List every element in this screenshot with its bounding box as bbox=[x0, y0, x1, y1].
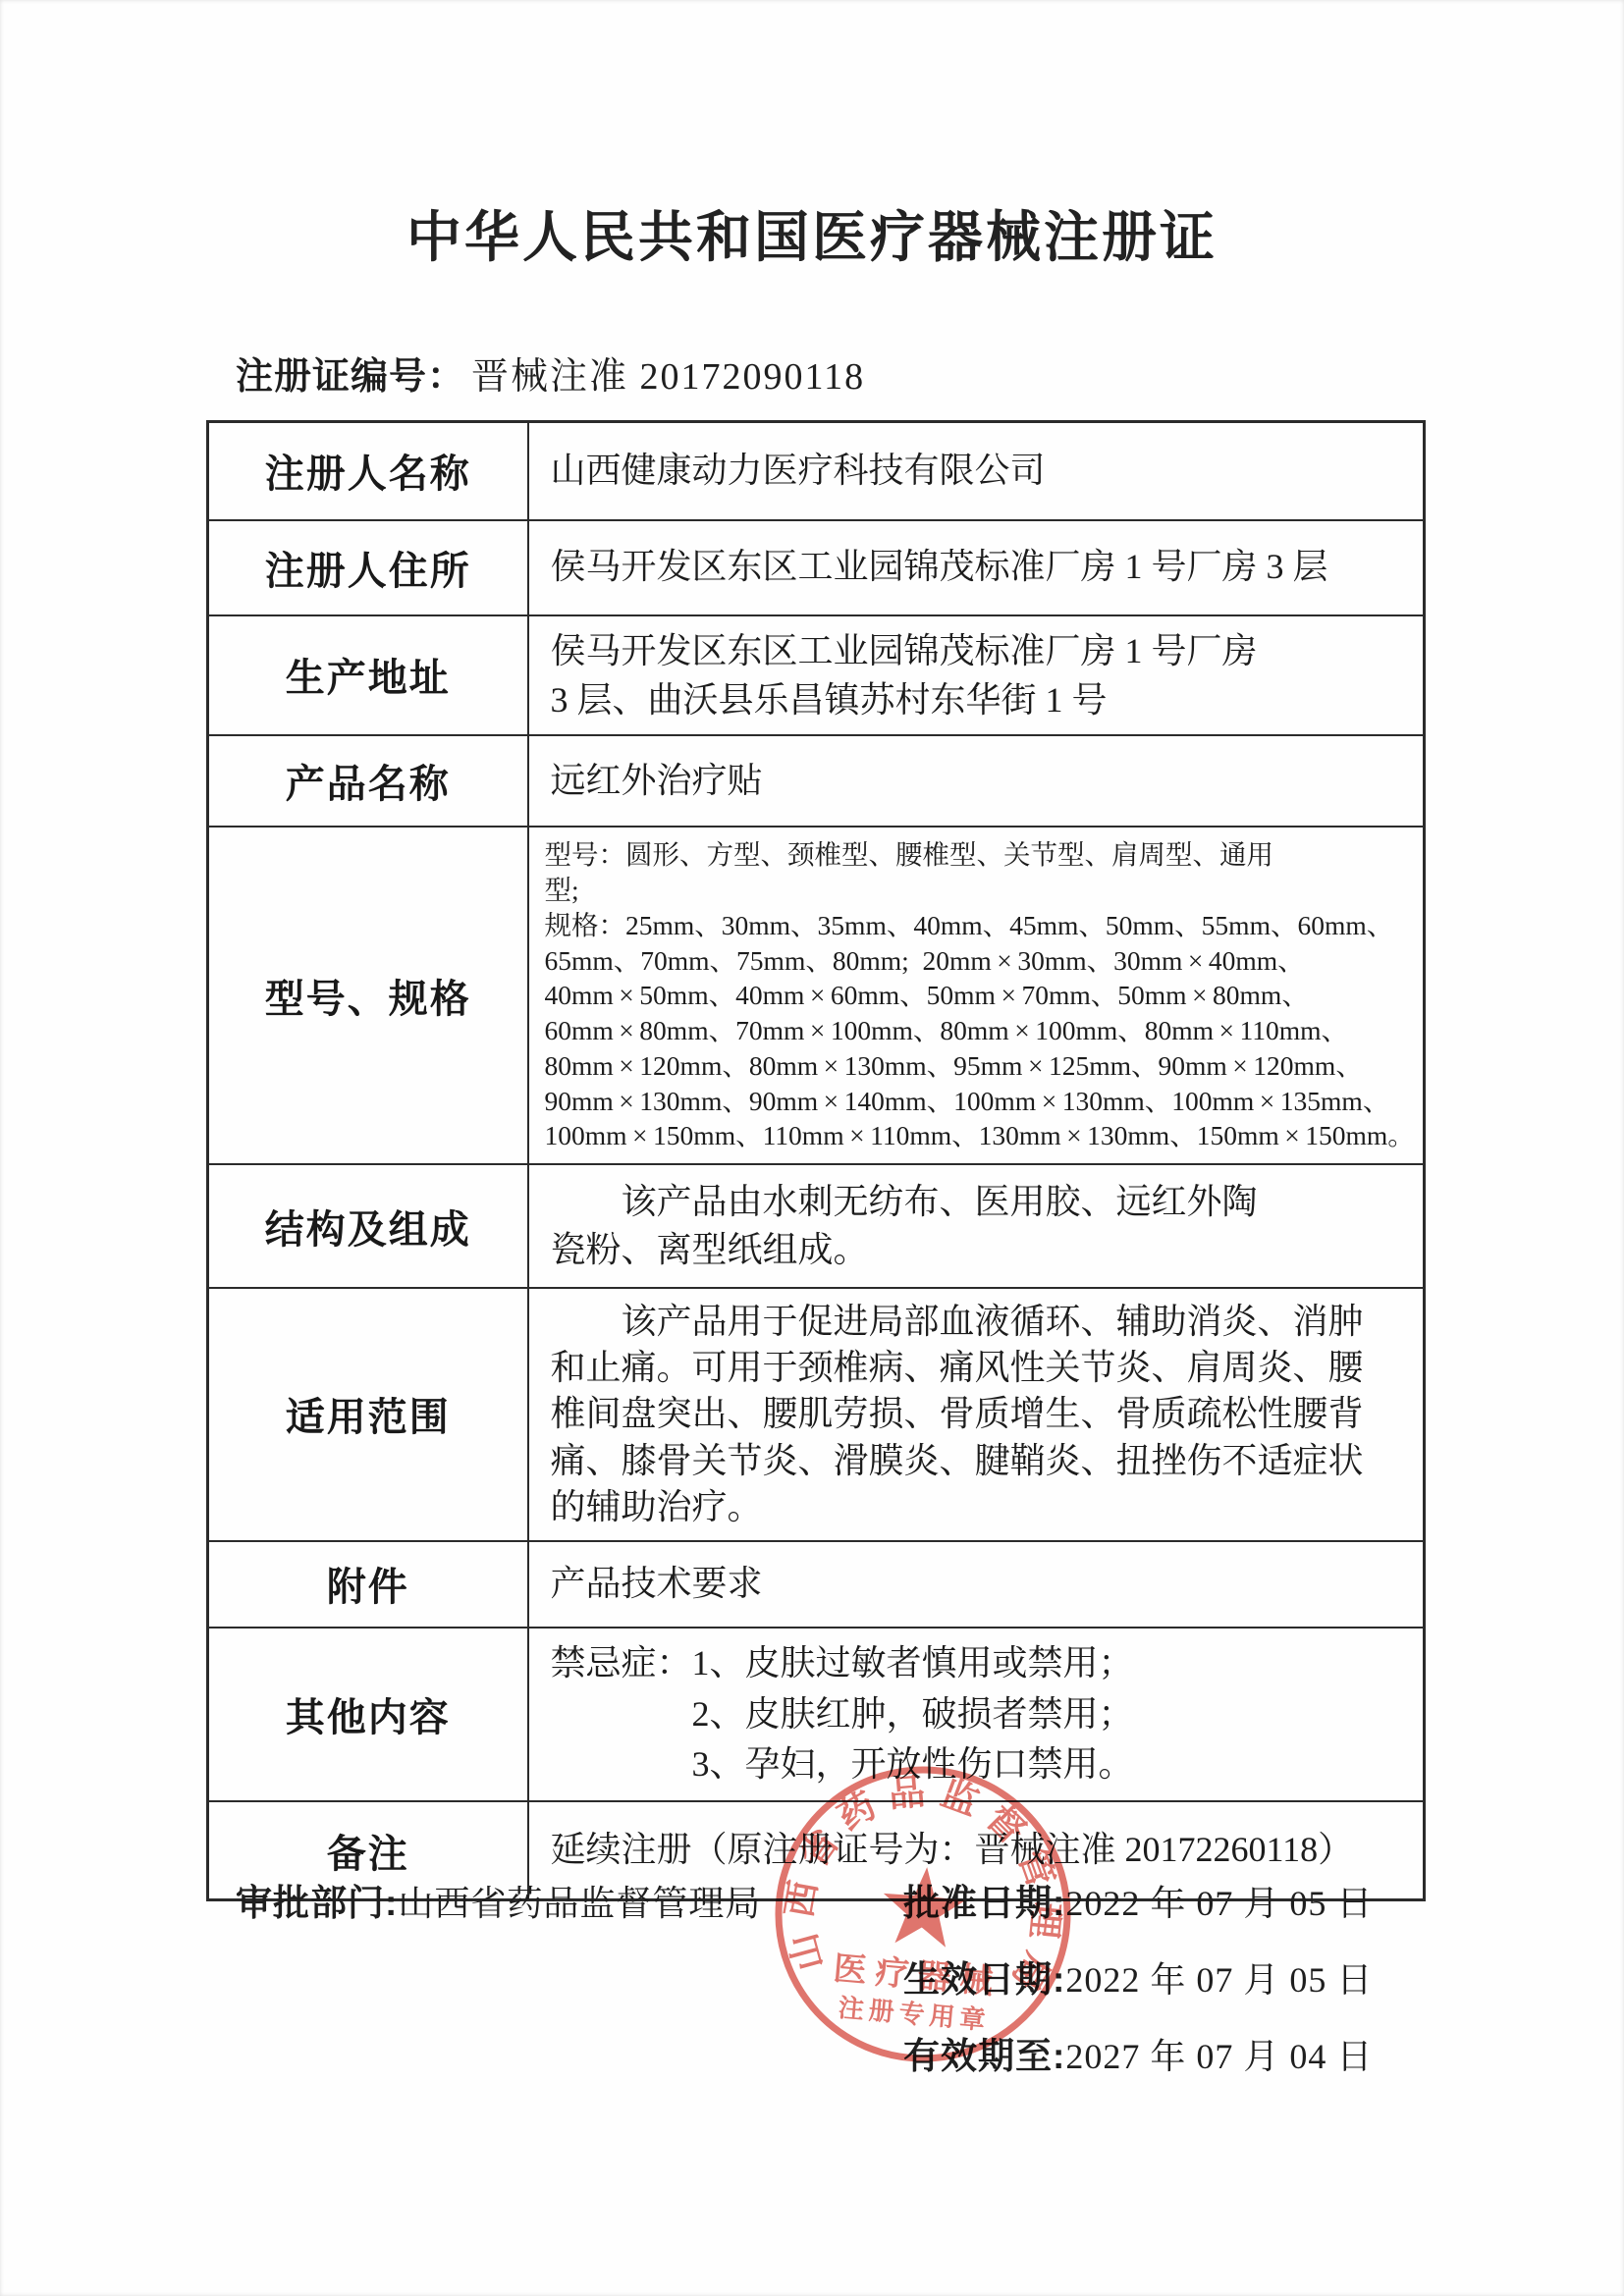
row-value: 远红外治疗贴 bbox=[528, 735, 1425, 827]
approve-date-label: 批准日期: bbox=[903, 1883, 1065, 1923]
row-value: 产品技术要求 bbox=[528, 1541, 1425, 1628]
row-label: 适用范围 bbox=[208, 1288, 528, 1541]
table-row: 型号、规格 型号：圆形、方型、颈椎型、腰椎型、关节型、肩周型、通用 型; 规格：… bbox=[208, 827, 1425, 1164]
expiry-date-line: 有效期至:2027 年 07 月 04 日 bbox=[903, 2026, 1373, 2079]
registration-number-value: 晋械注准 20172090118 bbox=[465, 356, 865, 398]
certificate-page: 中华人民共和国医疗器械注册证 注册证编号：晋械注准 20172090118 注册… bbox=[0, 0, 1624, 2296]
certificate-table: 注册人名称 山西健康动力医疗科技有限公司 注册人住所 侯马开发区东区工业园锦茂标… bbox=[206, 420, 1426, 1901]
table-row: 注册人名称 山西健康动力医疗科技有限公司 bbox=[208, 422, 1425, 520]
row-value: 型号：圆形、方型、颈椎型、腰椎型、关节型、肩周型、通用 型; 规格：25mm、3… bbox=[528, 827, 1425, 1164]
expiry-date-value: 2027 年 07 月 04 日 bbox=[1065, 2037, 1373, 2076]
row-value: 侯马开发区东区工业园锦茂标准厂房 1 号厂房 3 层 bbox=[528, 520, 1425, 615]
approval-department-label: 审批部门: bbox=[236, 1883, 398, 1923]
row-value: 禁忌症：1、皮肤过敏者慎用或禁用； 2、皮肤红肿，破损者禁用； 3、孕妇，开放性… bbox=[528, 1628, 1425, 1801]
approval-department-line: 审批部门:山西省药品监督管理局 bbox=[236, 1873, 761, 1926]
table-row: 注册人住所 侯马开发区东区工业园锦茂标准厂房 1 号厂房 3 层 bbox=[208, 520, 1425, 615]
effective-date-label: 生效日期: bbox=[903, 1959, 1065, 2000]
approve-date-value: 2022 年 07 月 05 日 bbox=[1065, 1884, 1373, 1923]
row-label: 其他内容 bbox=[208, 1628, 528, 1801]
expiry-date-label: 有效期至: bbox=[903, 2036, 1065, 2076]
row-value: 该产品用于促进局部血液循环、辅助消炎、消肿 和止痛。可用于颈椎病、痛风性关节炎、… bbox=[528, 1288, 1425, 1541]
row-value: 山西健康动力医疗科技有限公司 bbox=[528, 422, 1425, 520]
row-label: 结构及组成 bbox=[208, 1164, 528, 1288]
approval-department-value: 山西省药品监督管理局 bbox=[398, 1884, 761, 1923]
table-row: 生产地址 侯马开发区东区工业园锦茂标准厂房 1 号厂房 3 层、曲沃县乐昌镇苏村… bbox=[208, 615, 1425, 736]
effective-date-line: 生效日期:2022 年 07 月 05 日 bbox=[903, 1949, 1373, 2002]
row-label: 附件 bbox=[208, 1541, 528, 1628]
table-row: 产品名称 远红外治疗贴 bbox=[208, 735, 1425, 827]
row-label: 产品名称 bbox=[208, 735, 528, 827]
table-row: 适用范围 该产品用于促进局部血液循环、辅助消炎、消肿 和止痛。可用于颈椎病、痛风… bbox=[208, 1288, 1425, 1541]
table-row: 附件 产品技术要求 bbox=[208, 1541, 1425, 1628]
table-row: 结构及组成 该产品由水刺无纺布、医用胶、远红外陶 瓷粉、离型纸组成。 bbox=[208, 1164, 1425, 1288]
row-label: 生产地址 bbox=[208, 615, 528, 736]
page-title: 中华人民共和国医疗器械注册证 bbox=[0, 194, 1624, 273]
row-value: 该产品由水刺无纺布、医用胶、远红外陶 瓷粉、离型纸组成。 bbox=[528, 1164, 1425, 1288]
row-label: 型号、规格 bbox=[208, 827, 528, 1164]
approve-date-line: 批准日期:2022 年 07 月 05 日 bbox=[903, 1873, 1373, 1926]
registration-number-label: 注册证编号： bbox=[236, 356, 465, 398]
registration-number-line: 注册证编号：晋械注准 20172090118 bbox=[236, 346, 865, 400]
row-label: 注册人住所 bbox=[208, 520, 528, 615]
table-row: 其他内容 禁忌症：1、皮肤过敏者慎用或禁用； 2、皮肤红肿，破损者禁用； 3、孕… bbox=[208, 1628, 1425, 1801]
row-value: 侯马开发区东区工业园锦茂标准厂房 1 号厂房 3 层、曲沃县乐昌镇苏村东华街 1… bbox=[528, 615, 1425, 736]
effective-date-value: 2022 年 07 月 05 日 bbox=[1065, 1960, 1373, 2000]
row-label: 注册人名称 bbox=[208, 422, 528, 520]
